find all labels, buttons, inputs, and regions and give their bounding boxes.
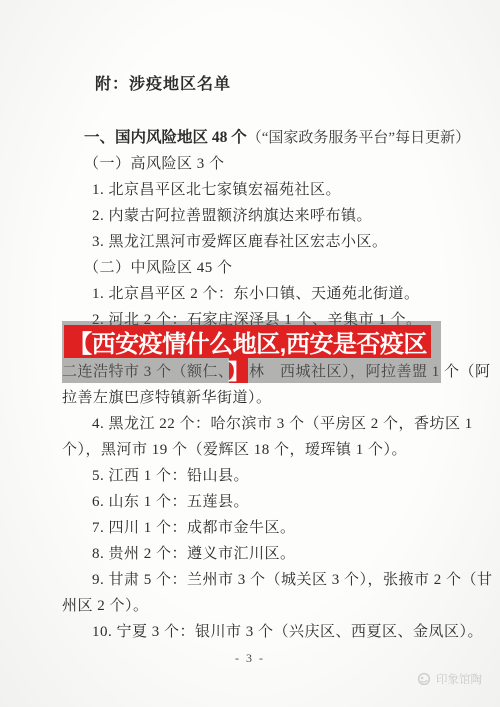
doc-line: 4. 黑龙江 22 个：哈尔滨市 3 个（平房区 2 个，香坊区 1 [62,411,444,437]
doc-line: 一、国内风险地区 48 个（“国家政务服务平台”每日更新） [62,125,444,151]
doc-line: （二）中风险区 45 个 [62,255,444,281]
seo-watermark-banner: 【西安疫情什么地区,西安是否疫区 [64,325,431,358]
doc-line: 6. 山东 1 个：五莲县。 [62,489,444,515]
seo-watermark-line1: 【西安疫情什么地区,西安是否疫区 [68,324,427,359]
doc-line: 5. 江西 1 个：铅山县。 [62,463,444,489]
doc-line: 10. 宁夏 3 个：银川市 3 个（兴庆区、西夏区、金凤区）。 [62,619,444,645]
doc-line: 州区 2 个）。 [62,593,444,619]
site-watermark: 印象馆陶 [417,671,482,687]
doc-line: 7. 四川 1 个：成都市金牛区。 [62,515,444,541]
site-watermark-label: 印象馆陶 [436,671,482,687]
scanned-document-page: 附：涉疫地区名单一、国内风险地区 48 个（“国家政务服务平台”每日更新）（一）… [0,0,500,707]
seo-watermark-line2: 】 [229,358,248,383]
doc-line: 3. 黑龙江黑河市爱辉区鹿春社区宏志小区。 [62,229,444,255]
doc-line: 1. 北京昌平区北七家镇宏福苑社区。 [62,177,444,203]
doc-line: 附：涉疫地区名单 [62,72,444,98]
doc-line: （一）高风险区 3 个 [62,151,444,177]
doc-line: 1. 北京昌平区 2 个：东小口镇、天通苑北街道。 [62,281,444,307]
closing-bracket-glyph: 】 [228,356,249,386]
doc-line: 2. 内蒙古阿拉善盟额济纳旗达来呼布镇。 [62,203,444,229]
doc-line: 8. 贵州 2 个：遵义市汇川区。 [62,541,444,567]
page-number: - 3 - [0,651,500,666]
bird-logo-icon [417,672,431,686]
doc-line: 拉善左旗巴彦特镇新华街道）。 [62,385,444,411]
doc-line: 9. 甘肃 5 个：兰州市 3 个（城关区 3 个），张掖市 2 个（甘 [62,567,444,593]
doc-line: 个），黑河市 19 个（爱辉区 18 个，瑷珲镇 1 个）。 [62,437,444,463]
